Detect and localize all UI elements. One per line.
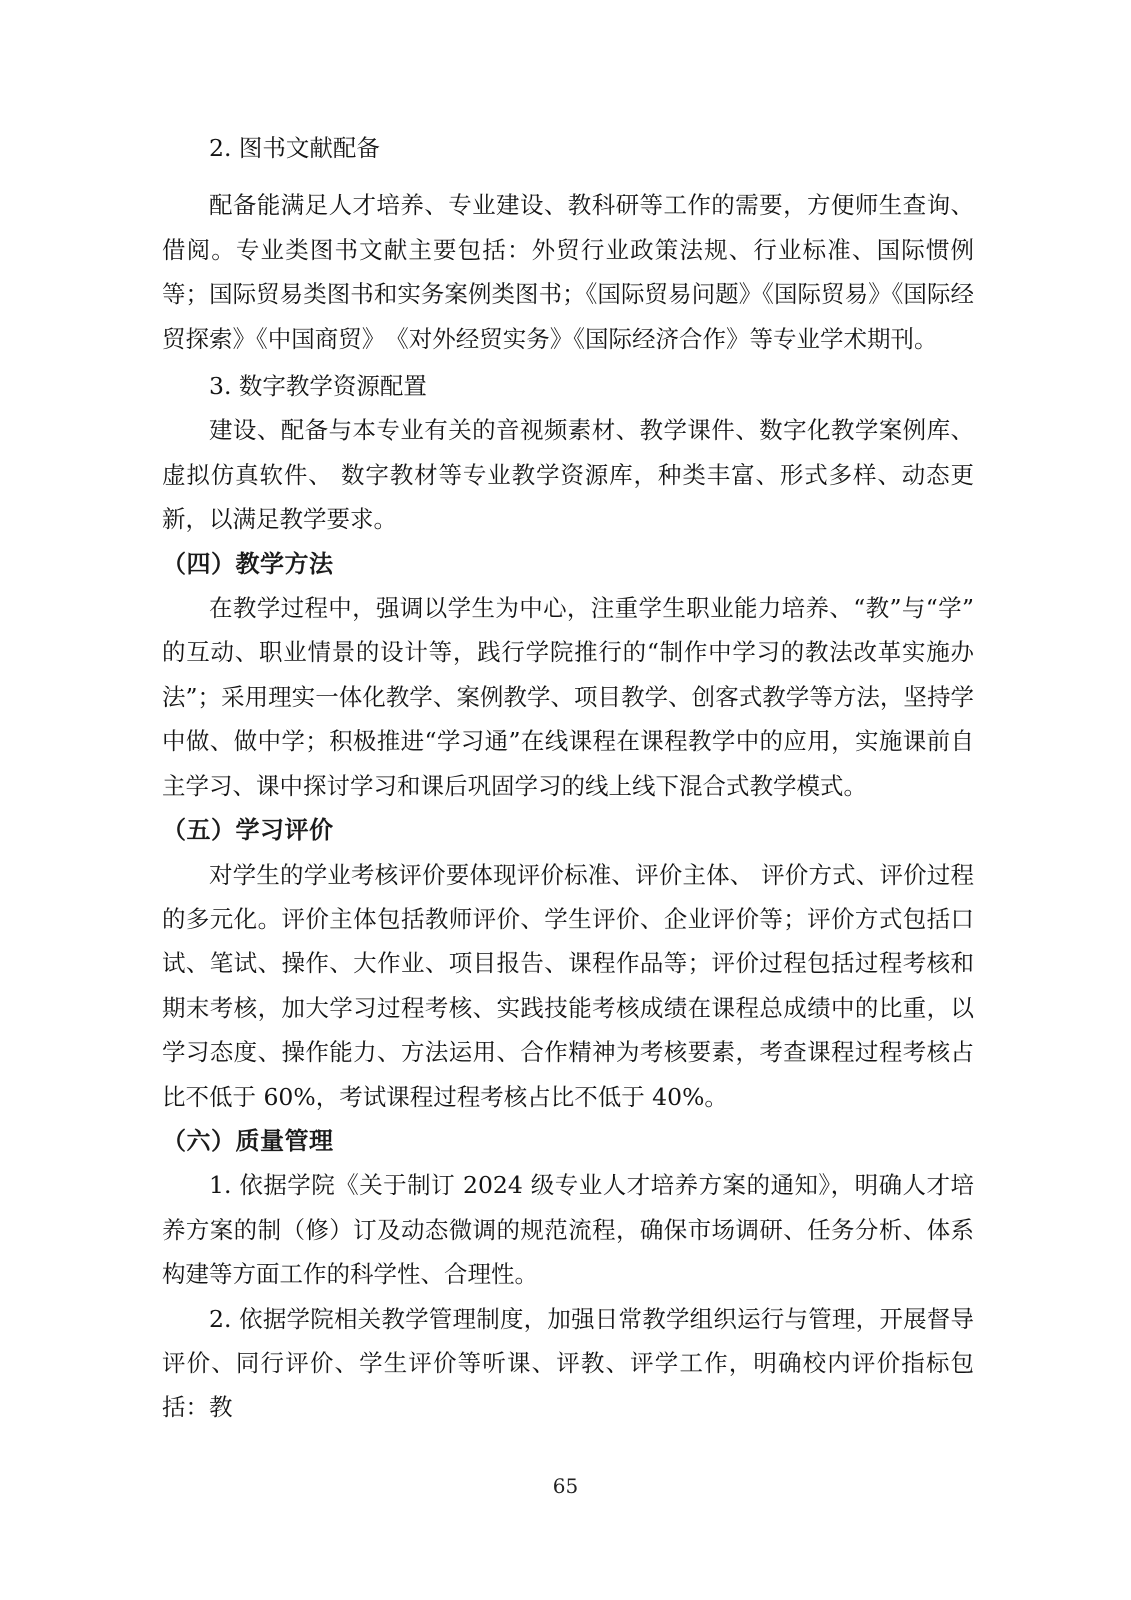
paragraph-quality-management-1: 1. 依据学院《关于制订 2024 级专业人才培养方案的通知》，明确人才培养方案…: [162, 1163, 974, 1296]
document-page: 2. 图书文献配备 配备能满足人才培养、专业建设、教科研等工作的需要，方便师生查…: [0, 0, 1131, 1600]
subheading-library-resources: 2. 图书文献配备: [162, 126, 974, 170]
section-heading-learning-evaluation: （五）学习评价: [162, 808, 974, 852]
section-heading-teaching-methods: （四）教学方法: [162, 542, 974, 586]
page-number: 65: [0, 1474, 1131, 1498]
section-heading-quality-management: （六）质量管理: [162, 1119, 974, 1163]
subheading-digital-resources: 3. 数字教学资源配置: [162, 364, 974, 408]
paragraph-teaching-methods: 在教学过程中，强调以学生为中心，注重学生职业能力培养、“教”与“学”的互动、职业…: [162, 586, 974, 808]
document-body: 2. 图书文献配备 配备能满足人才培养、专业建设、教科研等工作的需要，方便师生查…: [162, 126, 974, 1430]
paragraph-digital-resources: 建设、配备与本专业有关的音视频素材、教学课件、数字化教学案例库、虚拟仿真软件、 …: [162, 408, 974, 541]
paragraph-library-resources: 配备能满足人才培养、专业建设、教科研等工作的需要，方便师生查询、借阅。专业类图书…: [162, 183, 974, 361]
paragraph-learning-evaluation: 对学生的学业考核评价要体现评价标准、评价主体、 评价方式、评价过程的多元化。评价…: [162, 853, 974, 1119]
paragraph-quality-management-2: 2. 依据学院相关教学管理制度，加强日常教学组织运行与管理，开展督导评价、同行评…: [162, 1297, 974, 1430]
